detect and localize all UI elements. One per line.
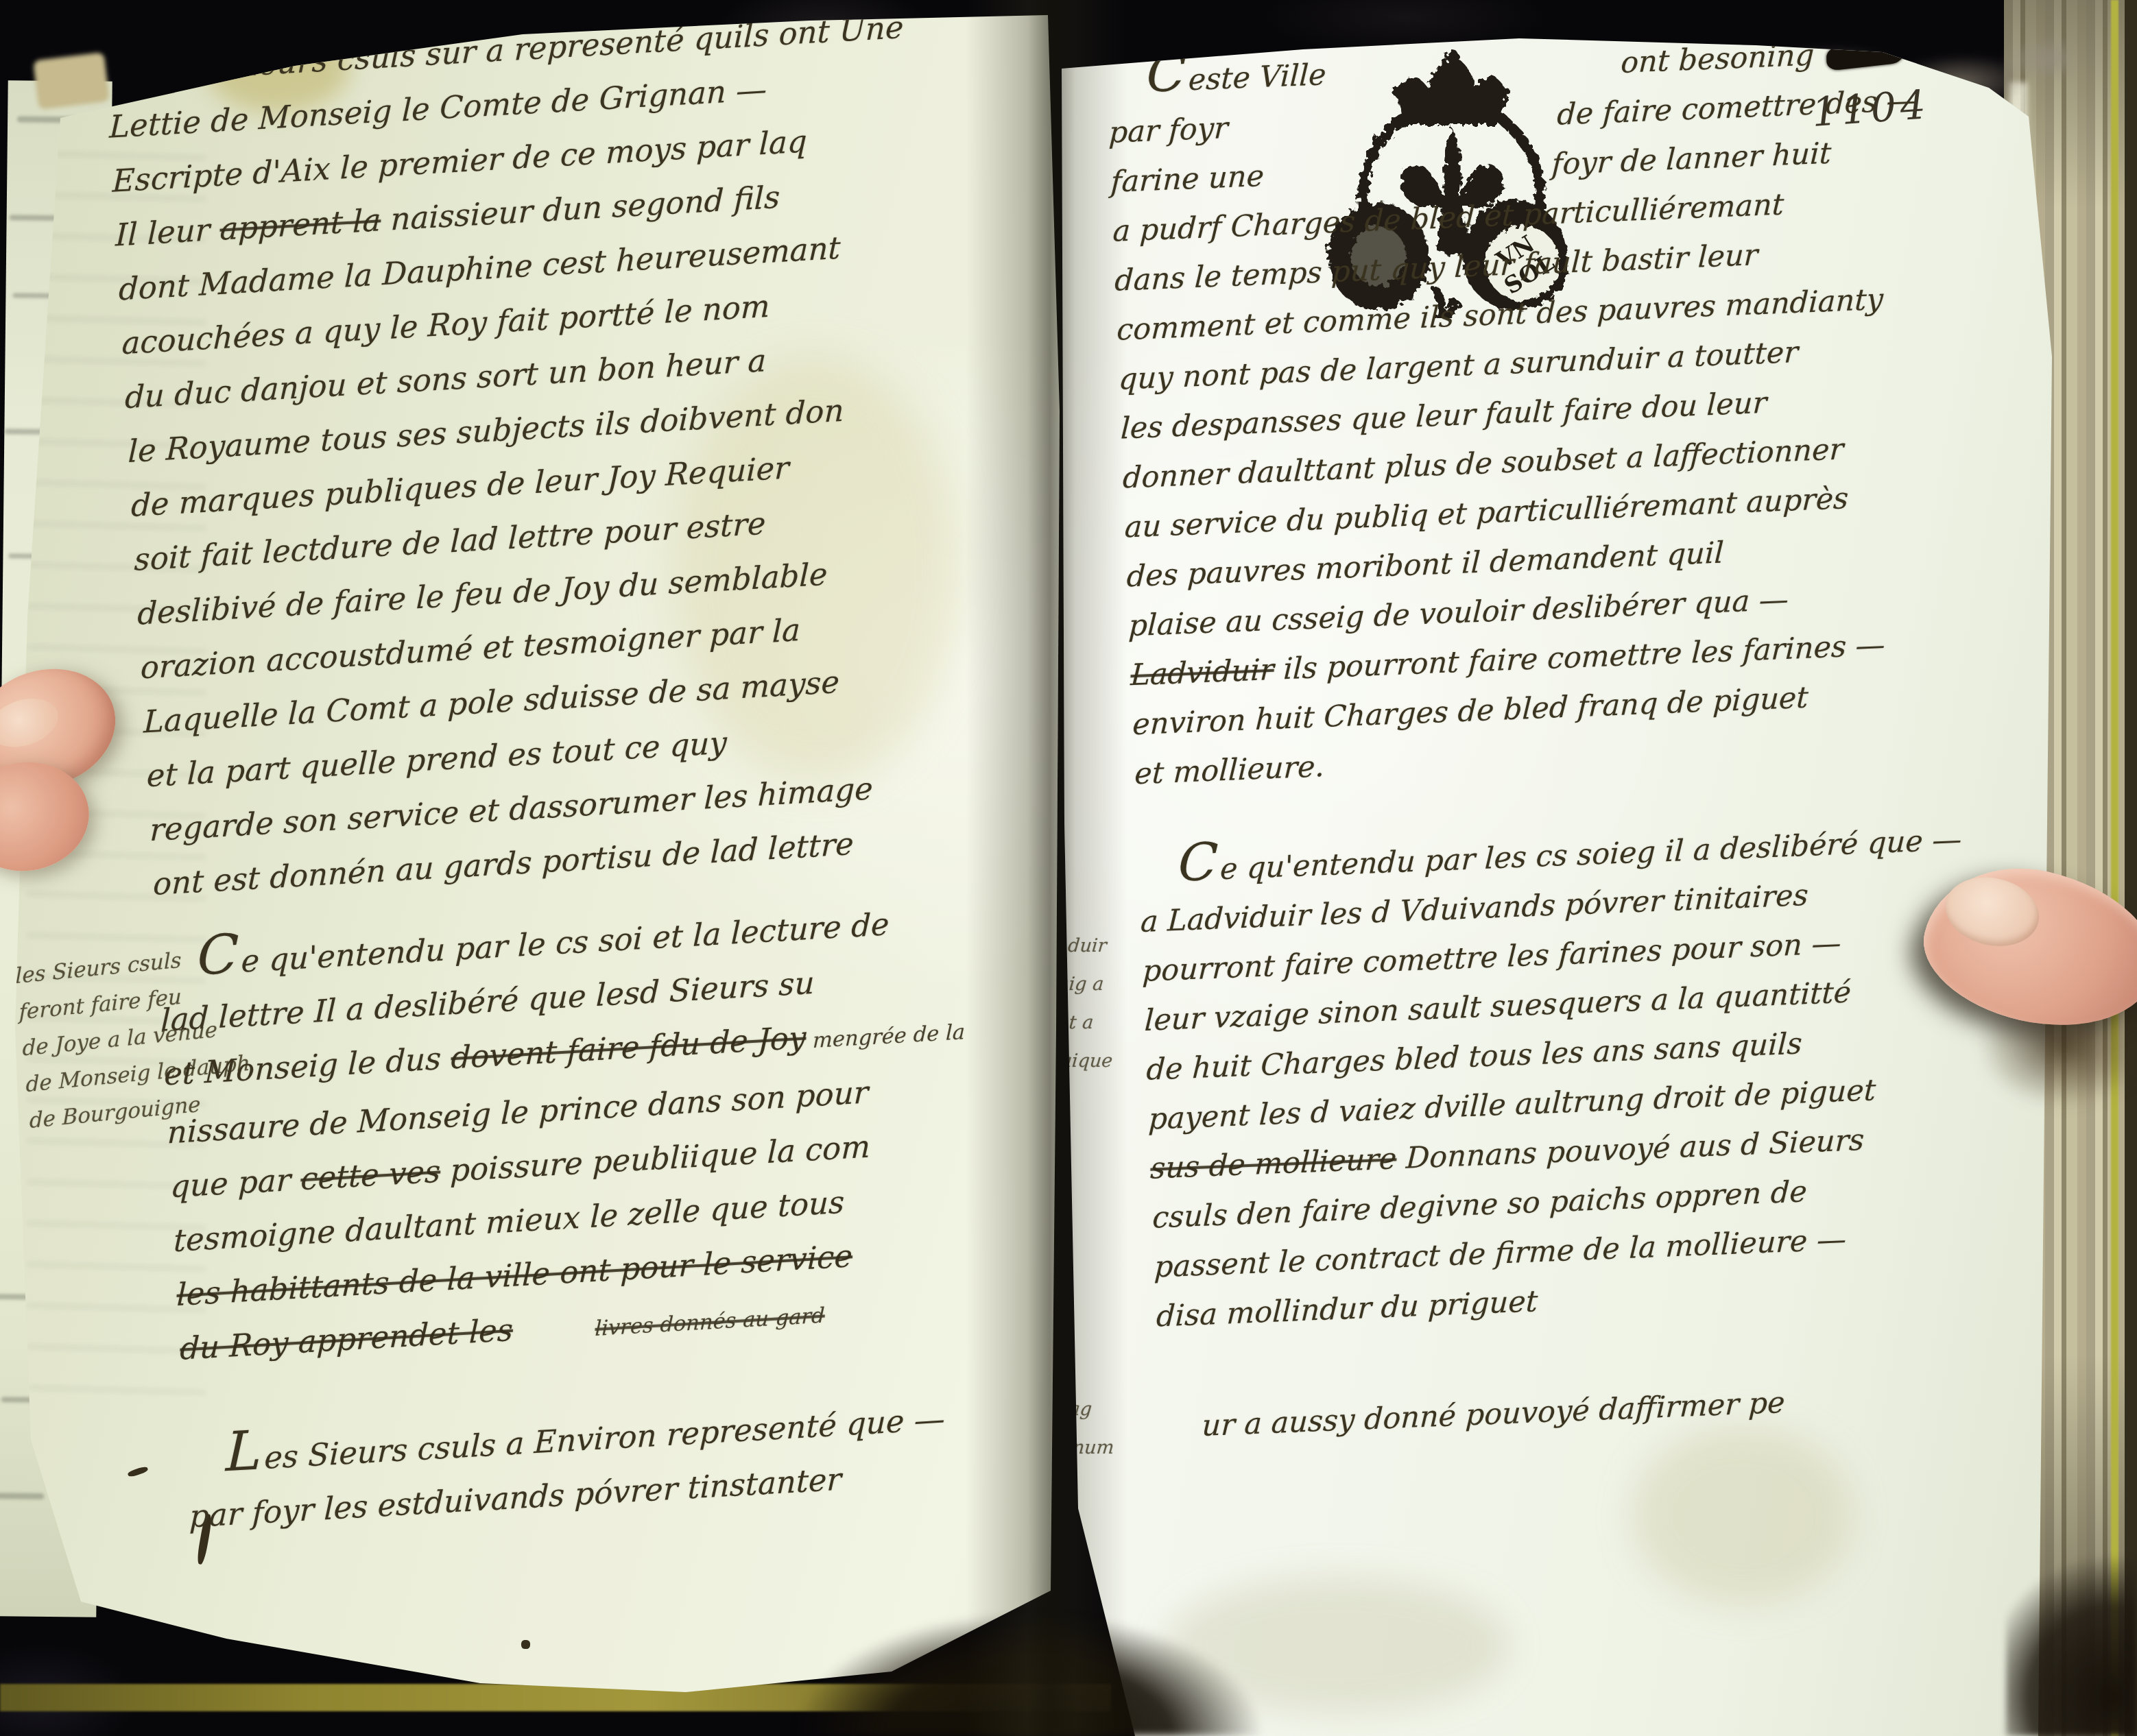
manuscript-word-run: sus de mollieure xyxy=(1149,1142,1397,1186)
page-stack-yellow-line xyxy=(2111,0,2118,1736)
fingernail xyxy=(0,690,64,756)
manuscript-word-run: Ladviduir xyxy=(1130,653,1274,693)
manuscript-word-run: et Monseig le dus xyxy=(164,1039,452,1092)
bleed-mark xyxy=(10,215,58,221)
page-stack-dark-edge xyxy=(2125,0,2137,1736)
gutter-bottom-shadow xyxy=(768,1570,1289,1736)
bottom-right-shadow xyxy=(2006,1543,2137,1736)
manuscript-word-run: de faire comettre des — xyxy=(1556,84,1917,132)
left-page-lines: Les Sieurs csuls sur a representé quils … xyxy=(104,0,1170,1543)
manuscript-word-run: que par xyxy=(170,1161,301,1205)
manuscript-word-run: farine une xyxy=(1110,159,1265,200)
manuscript-word-run: cette ves xyxy=(300,1153,441,1197)
manuscript-word-run: et mollieure. xyxy=(1134,749,1325,791)
manuscript-word-run: disa mollindur du priguet xyxy=(1156,1284,1538,1334)
cover-corner-patch xyxy=(33,52,110,110)
ink-speck xyxy=(521,1640,530,1649)
bleed-mark xyxy=(0,1493,44,1499)
manuscript-word-run: apprent la xyxy=(219,202,381,248)
manuscript-word-run: dovent faire fdu de Joy xyxy=(451,1019,807,1076)
manuscript-photo: les Sieurs csulsferont faire feude Joye … xyxy=(0,0,2137,1736)
manuscript-word-run: livres donnés au gard xyxy=(595,1304,825,1341)
manuscript-word-run: par foyr xyxy=(1108,111,1229,150)
right-page-lines: Ceste Villeont besoningpar foyrde faire … xyxy=(1106,12,2135,1452)
manuscript-word-run: Ceste Ville xyxy=(1145,58,1327,99)
manuscript-word-run: foyr de lanner huit xyxy=(1551,136,1832,182)
manuscript-word-run: du Roy apprendet les xyxy=(180,1312,514,1367)
manuscript-word-run: Il leur xyxy=(115,211,221,254)
manuscript-word-run: mengrée de la xyxy=(806,1020,966,1053)
